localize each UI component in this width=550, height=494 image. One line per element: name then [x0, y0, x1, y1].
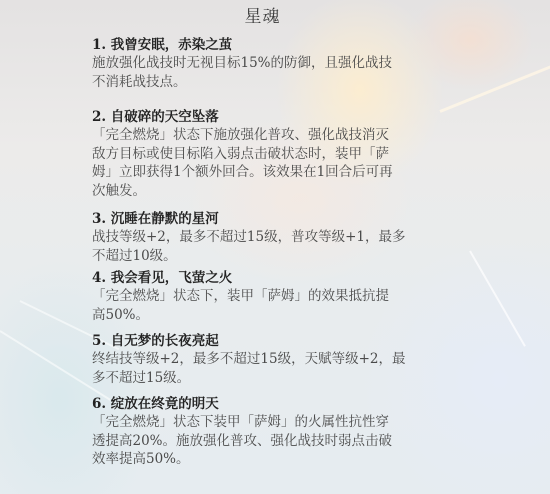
- description-line: 终结技等级+2，最多不超过15级，天赋等级+2，最: [92, 350, 432, 369]
- description-line: 敌方目标或使目标陷入弱点击破状态时，装甲「萨: [92, 145, 432, 164]
- description-line: 施放强化战技时无视目标15%的防御，且强化战技: [92, 54, 432, 73]
- section-description: 「完全燃烧」状态下装甲「萨姆」的火属性抗性穿 透提高20%。施放强化普攻、强化战…: [92, 413, 432, 469]
- section-description: 「完全燃烧」状态下施放强化普攻、强化战技消灭 敌方目标或使目标陷入弱点击破状态时…: [92, 126, 432, 200]
- section-title: 4. 我会看见，飞萤之火: [92, 269, 432, 287]
- section-title: 3. 沉睡在静默的星河: [92, 210, 432, 228]
- section-title: 5. 自无梦的长夜亮起: [92, 332, 432, 350]
- description-line: 次触发。: [92, 182, 432, 201]
- page-title: 星魂: [0, 2, 525, 27]
- eidolon-section-6: 6. 绽放在终竟的明天 「完全燃烧」状态下装甲「萨姆」的火属性抗性穿 透提高20…: [92, 395, 432, 469]
- eidolon-section-4: 4. 我会看见，飞萤之火 「完全燃烧」状态下，装甲「萨姆」的效果抵抗提 高50%…: [92, 269, 432, 324]
- eidolon-section-1: 1. 我曾安眠，赤染之茧 施放强化战技时无视目标15%的防御，且强化战技 不消耗…: [92, 36, 432, 91]
- description-line: 透提高20%。施放强化普攻、强化战技时弱点击破: [92, 432, 432, 451]
- section-title: 2. 自破碎的天空坠落: [92, 108, 432, 126]
- eidolon-section-5: 5. 自无梦的长夜亮起 终结技等级+2，最多不超过15级，天赋等级+2，最 多不…: [92, 332, 432, 387]
- description-line: 高50%。: [92, 306, 432, 325]
- section-description: 战技等级+2，最多不超过15级，普攻等级+1，最多 不超过10级。: [92, 228, 432, 265]
- eidolon-panel: 星魂 1. 我曾安眠，赤染之茧 施放强化战技时无视目标15%的防御，且强化战技 …: [0, 0, 550, 494]
- description-line: 效率提高50%。: [92, 450, 432, 469]
- section-description: 终结技等级+2，最多不超过15级，天赋等级+2，最 多不超过15级。: [92, 350, 432, 387]
- eidolon-section-3: 3. 沉睡在静默的星河 战技等级+2，最多不超过15级，普攻等级+1，最多 不超…: [92, 210, 432, 265]
- description-line: 姆」立即获得1个额外回合。该效果在1回合后可再: [92, 163, 432, 182]
- description-line: 不超过10级。: [92, 247, 432, 266]
- description-line: 多不超过15级。: [92, 369, 432, 388]
- description-line: 「完全燃烧」状态下，装甲「萨姆」的效果抵抗提: [92, 287, 432, 306]
- description-line: 「完全燃烧」状态下施放强化普攻、强化战技消灭: [92, 126, 432, 145]
- section-description: 施放强化战技时无视目标15%的防御，且强化战技 不消耗战技点。: [92, 54, 432, 91]
- section-description: 「完全燃烧」状态下，装甲「萨姆」的效果抵抗提 高50%。: [92, 287, 432, 324]
- section-title: 1. 我曾安眠，赤染之茧: [92, 36, 432, 54]
- description-line: 不消耗战技点。: [92, 73, 432, 92]
- description-line: 「完全燃烧」状态下装甲「萨姆」的火属性抗性穿: [92, 413, 432, 432]
- description-line: 战技等级+2，最多不超过15级，普攻等级+1，最多: [92, 228, 432, 247]
- section-title: 6. 绽放在终竟的明天: [92, 395, 432, 413]
- eidolon-section-2: 2. 自破碎的天空坠落 「完全燃烧」状态下施放强化普攻、强化战技消灭 敌方目标或…: [92, 108, 432, 200]
